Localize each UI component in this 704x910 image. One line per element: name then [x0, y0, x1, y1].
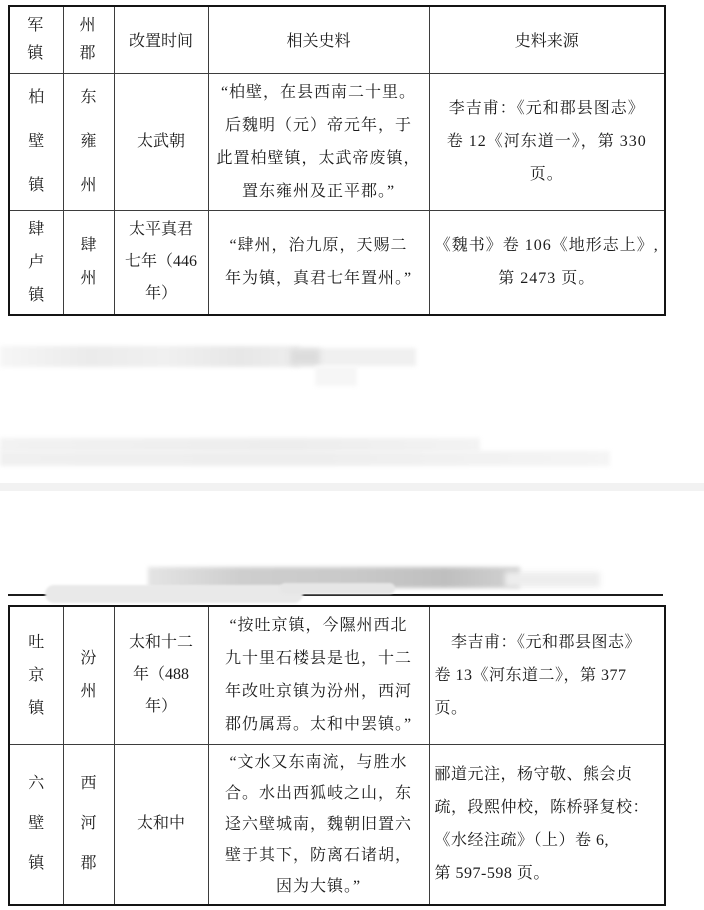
col-header-garrison: 军镇: [9, 6, 63, 73]
cell-source: 《魏书》卷 106《地形志上》, 第 2473 页。: [429, 210, 665, 315]
cell-quote: “柏壁，在县西南二十里。 后魏明（元）帝元年，于 此置柏壁镇，太武帝废镇， 置东…: [208, 73, 429, 210]
cell-time: 太武朝: [114, 73, 208, 210]
blur-artifact: [0, 438, 480, 452]
cell-town: 吐京镇: [9, 606, 63, 744]
cell-prefecture: 西河郡: [63, 744, 114, 905]
cell-time: 太和中: [114, 744, 208, 905]
col-header-source: 史料来源: [429, 6, 665, 73]
cell-source: 李吉甫：《元和郡县图志》 卷 12《河东道一》，第 330 页。: [429, 73, 665, 210]
cell-source: 郦道元注，杨守敬、熊会贞 疏，段熙仲校，陈桥驿复校： 《水经注疏》（上）卷 6,…: [429, 744, 665, 905]
cell-town: 六壁镇: [9, 744, 63, 905]
cell-prefecture: 汾州: [63, 606, 114, 744]
blur-artifact: [298, 348, 416, 366]
cell-quote: “文水又东南流，与胜水 合。水出西狐岐之山，东 迳六壁城南，魏朝旧置六 壁于其下…: [208, 744, 429, 905]
blur-artifact: [0, 451, 610, 466]
cell-town: 柏壁镇: [9, 73, 63, 210]
table-row: 柏壁镇 东雍州 太武朝 “柏壁，在县西南二十里。 后魏明（元）帝元年，于 此置柏…: [9, 73, 665, 210]
blur-artifact: [290, 349, 320, 365]
cell-prefecture: 肆州: [63, 210, 114, 315]
separator-line: [8, 594, 663, 596]
header-label: 军镇: [27, 12, 45, 68]
blur-artifact: [0, 346, 300, 367]
header-label: 相关史料: [286, 33, 350, 50]
cell-source: 李吉甫：《元和郡县图志》 卷 13《河东道二》，第 377 页。: [429, 606, 665, 744]
header-label: 改置时间: [129, 33, 193, 50]
blur-artifact: [505, 572, 600, 587]
blur-artifact: [315, 366, 357, 386]
cell-time: 太和十二 年（488 年）: [114, 606, 208, 744]
cell-time: 太平真君 七年（446 年）: [114, 210, 208, 315]
cell-town: 肆卢镇: [9, 210, 63, 315]
header-row: 军镇 州郡 改置时间 相关史料 史料来源: [9, 6, 665, 73]
cell-quote: “肆州，治九原，天赐二 年为镇，真君七年置州。”: [208, 210, 429, 315]
table-row: 六壁镇 西河郡 太和中 “文水又东南流，与胜水 合。水出西狐岐之山，东 迳六壁城…: [9, 744, 665, 905]
header-label: 史料来源: [515, 33, 579, 50]
garrison-table-upper: 军镇 州郡 改置时间 相关史料 史料来源 柏壁镇 东雍州 太武朝 “柏壁，在县西…: [8, 5, 666, 316]
cell-quote: “按吐京镇，今隰州西北 九十里石楼县是也，十二 年改吐京镇为汾州，西河 郡仍属焉…: [208, 606, 429, 744]
blur-artifact: [45, 585, 303, 603]
header-label: 州郡: [79, 12, 97, 68]
garrison-table-lower: 吐京镇 汾州 太和十二 年（488 年） “按吐京镇，今隰州西北 九十里石楼县是…: [8, 605, 666, 906]
col-header-materials: 相关史料: [208, 6, 429, 73]
col-header-time: 改置时间: [114, 6, 208, 73]
blur-artifact: [280, 583, 395, 594]
table-row: 肆卢镇 肆州 太平真君 七年（446 年） “肆州，治九原，天赐二 年为镇，真君…: [9, 210, 665, 315]
document-page: 军镇 州郡 改置时间 相关史料 史料来源 柏壁镇 东雍州 太武朝 “柏壁，在县西…: [0, 0, 704, 910]
cell-prefecture: 东雍州: [63, 73, 114, 210]
table-row: 吐京镇 汾州 太和十二 年（488 年） “按吐京镇，今隰州西北 九十里石楼县是…: [9, 606, 665, 744]
page-gap-band: [0, 483, 704, 491]
col-header-prefecture: 州郡: [63, 6, 114, 73]
blur-artifact: [148, 567, 520, 588]
